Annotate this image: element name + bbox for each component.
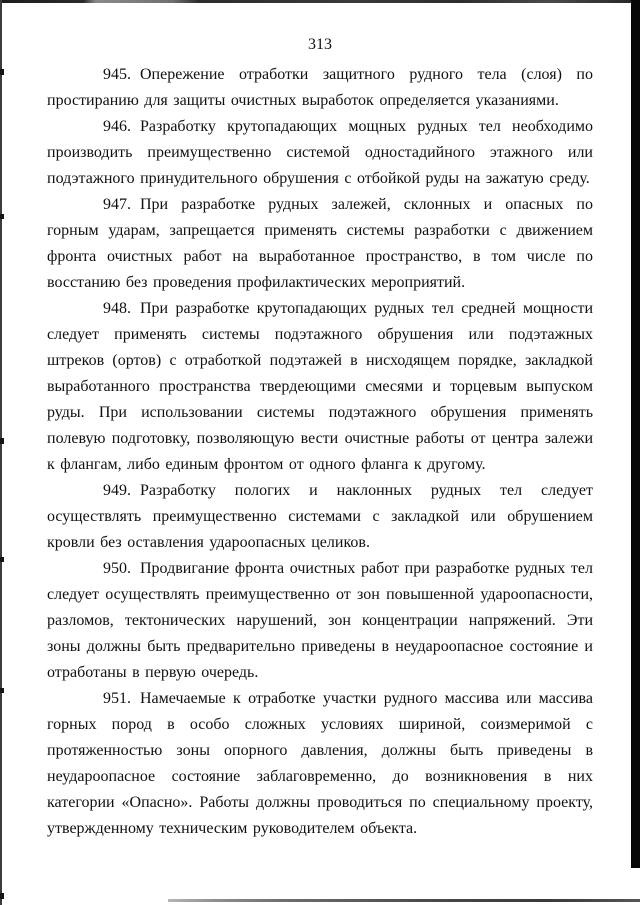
paragraph-948: 948.При разработке крутопадающих рудных … bbox=[47, 296, 593, 478]
scan-speck-artifact bbox=[0, 214, 4, 219]
paragraph-number: 947. bbox=[103, 196, 131, 213]
paragraph-number: 951. bbox=[103, 690, 131, 707]
paragraph-949: 949.Разработку пологих и наклонных рудны… bbox=[47, 478, 593, 556]
scan-top-edge-artifact bbox=[0, 0, 640, 3]
paragraph-number: 945. bbox=[103, 66, 131, 83]
paragraph-text: Намечаемые к отработке участки рудного м… bbox=[47, 690, 593, 837]
document-content: 313 945.Опережение отработки защитного р… bbox=[47, 34, 593, 842]
scan-speck-artifact bbox=[0, 893, 4, 899]
paragraph-number: 946. bbox=[103, 118, 131, 135]
paragraph-number: 948. bbox=[103, 300, 131, 317]
scan-bottom-edge-artifact bbox=[168, 899, 640, 902]
scan-right-edge-artifact bbox=[631, 0, 640, 868]
paragraph-947: 947.При разработке рудных залежей, склон… bbox=[47, 192, 593, 296]
paragraph-945: 945.Опережение отработки защитного рудно… bbox=[47, 62, 593, 114]
scan-speck-artifact bbox=[0, 438, 4, 444]
scan-speck-artifact bbox=[0, 69, 4, 75]
page-number: 313 bbox=[47, 34, 593, 56]
paragraph-number: 949. bbox=[103, 482, 131, 499]
paragraph-number: 950. bbox=[103, 560, 131, 577]
scanned-document-page: 313 945.Опережение отработки защитного р… bbox=[0, 0, 640, 905]
scan-speck-artifact bbox=[0, 688, 4, 693]
scan-left-edge-artifact bbox=[0, 0, 2, 905]
paragraph-951: 951.Намечаемые к отработке участки рудно… bbox=[47, 686, 593, 842]
paragraph-text: При разработке крутопадающих рудных тел … bbox=[47, 300, 593, 473]
paragraph-950: 950.Продвигание фронта очистных работ пр… bbox=[47, 556, 593, 686]
paragraph-text: Продвигание фронта очистных работ при ра… bbox=[47, 560, 593, 681]
document-body: 945.Опережение отработки защитного рудно… bbox=[47, 62, 593, 842]
scan-speck-artifact bbox=[0, 557, 4, 562]
paragraph-946: 946.Разработку крутопадающих мощных рудн… bbox=[47, 114, 593, 192]
